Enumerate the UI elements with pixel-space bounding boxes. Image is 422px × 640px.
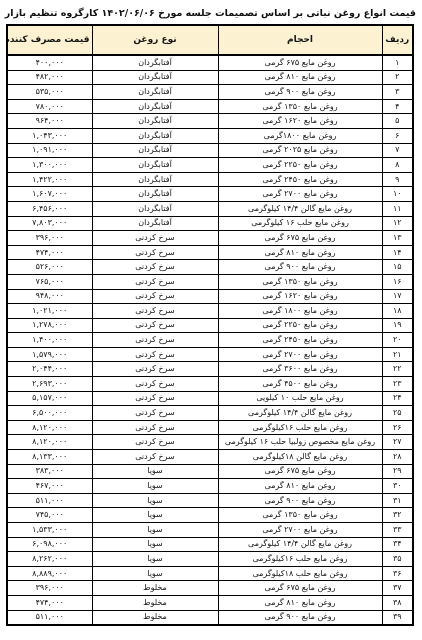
- table-row: ۱۳ روغن مایع ۶۷۵ گرمی سرخ کردنی ۳۹۶,۰۰۰: [7, 231, 413, 246]
- cell-volume: روغن مایع ۲۴۵۰ گرمی: [218, 172, 382, 187]
- cell-price: ۷,۸۰۳,۰۰۰: [7, 216, 92, 231]
- cell-volume: روغن مایع ۶۷۵ گرمی: [218, 581, 382, 596]
- cell-price: ۸,۱۲۰,۰۰۰: [7, 420, 92, 435]
- cell-row-number: ۳۱: [382, 493, 413, 508]
- cell-oil-type: سرخ کردنی: [92, 333, 218, 348]
- cell-price: ۶,۵۰۰,۰۰۰: [7, 406, 92, 421]
- table-row: ۵ روغن مایع ۱۶۲۰ گرمی آفتابگردان ۹۶۴,۰۰۰: [7, 114, 413, 129]
- cell-volume: روغن مایع ۱۳۵۰ گرمی: [218, 99, 382, 114]
- cell-volume: روغن مایع ۱۸۰۰گرمی: [218, 128, 382, 143]
- cell-oil-type: آفتابگردان: [92, 55, 218, 70]
- table-row: ۲۲ روغن مایع ۳۶۰۰ گرمی سرخ کردنی ۲,۰۴۴,۰…: [7, 362, 413, 377]
- table-row: ۲۴ روغن مایع حلب ۱۰ کیلویی سرخ کردنی ۵,۱…: [7, 391, 413, 406]
- cell-oil-type: مخلوط: [92, 581, 218, 596]
- table-row: ۱۸ روغن مایع ۱۸۰۰ گرمی سرخ کردنی ۱,۰۲۱,۰…: [7, 304, 413, 319]
- cell-row-number: ۲۹: [382, 464, 413, 479]
- table-row: ۹ روغن مایع ۲۴۵۰ گرمی آفتابگردان ۱,۴۲۲,۰…: [7, 172, 413, 187]
- cell-price: ۱,۰۲۱,۰۰۰: [7, 304, 92, 319]
- table-header: ردیف احجام نوع روغن قیمت مصرف کننده (ریا…: [7, 25, 413, 55]
- cell-price: ۲,۰۴۴,۰۰۰: [7, 362, 92, 377]
- cell-volume: روغن مایع ۶۷۵ گرمی: [218, 231, 382, 246]
- cell-oil-type: سرخ کردنی: [92, 450, 218, 465]
- table-row: ۱۴ روغن مایع ۸۱۰ گرمی سرخ کردنی ۴۷۴,۰۰۰: [7, 245, 413, 260]
- cell-row-number: ۳۰: [382, 479, 413, 494]
- header-volume: احجام: [218, 25, 382, 55]
- cell-price: ۷۶۵,۰۰۰: [7, 274, 92, 289]
- table-row: ۱۰ روغن مایع ۲۷۰۰ گرمی آفتابگردان ۱,۶۰۷,…: [7, 187, 413, 202]
- cell-volume: روغن مایع حلب ۱۶ کیلوگرمی: [218, 216, 382, 231]
- cell-row-number: ۱۱: [382, 201, 413, 216]
- cell-volume: روغن مایع ۱۸۰۰ گرمی: [218, 304, 382, 319]
- table-row: ۲ روغن مایع ۸۱۰ گرمی آفتابگردان ۴۸۲,۰۰۰: [7, 70, 413, 85]
- cell-oil-type: سرخ کردنی: [92, 391, 218, 406]
- cell-volume: روغن مایع حلب ۱۰ کیلویی: [218, 391, 382, 406]
- cell-volume: روغن مایع ۱۶۲۰ گرمی: [218, 289, 382, 304]
- cell-volume: روغن مایع ۲۷۰۰ گرمی: [218, 523, 382, 538]
- cell-price: ۸,۱۳۳,۰۰۰: [7, 450, 92, 465]
- header-row-number: ردیف: [382, 25, 413, 55]
- cell-volume: روغن مایع ۹۰۰ گرمی: [218, 493, 382, 508]
- cell-volume: روغن مایع ۱۳۵۰ گرمی: [218, 508, 382, 523]
- cell-oil-type: سرخ کردنی: [92, 406, 218, 421]
- cell-volume: روغن مایع ۹۰۰ گرمی: [218, 260, 382, 275]
- cell-row-number: ۴: [382, 99, 413, 114]
- cell-volume: روغن مایع ۹۰۰ گرمی: [218, 85, 382, 100]
- table-row: ۲۶ روغن مایع حلب ۱۶کیلوگرمی سرخ کردنی ۸,…: [7, 420, 413, 435]
- cell-price: ۳۹۶,۰۰۰: [7, 581, 92, 596]
- table-row: ۱۵ روغن مایع ۹۰۰ گرمی سرخ کردنی ۵۲۶,۰۰۰: [7, 260, 413, 275]
- cell-row-number: ۳۷: [382, 581, 413, 596]
- cell-row-number: ۲: [382, 70, 413, 85]
- cell-volume: روغن مایع حلب ۱۶کیلوگرمی: [218, 552, 382, 567]
- table-row: ۳۵ روغن مایع حلب ۱۶کیلوگرمی سویا ۸,۲۶۲,۰…: [7, 552, 413, 567]
- header-consumer-price: قیمت مصرف کننده (ریال): [7, 25, 92, 55]
- cell-volume: روغن مایع ۲۴۵۰ گرمی: [218, 333, 382, 348]
- cell-oil-type: آفتابگردان: [92, 143, 218, 158]
- cell-volume: روغن مایع ۲۰۲۵ گرمی: [218, 143, 382, 158]
- cell-price: ۵۱۱,۰۰۰: [7, 610, 92, 625]
- cell-price: ۴۷۴,۰۰۰: [7, 595, 92, 610]
- table-row: ۲۱ روغن مایع ۲۷۰۰ گرمی سرخ کردنی ۱,۵۷۹,۰…: [7, 347, 413, 362]
- cell-oil-type: سرخ کردنی: [92, 435, 218, 450]
- cell-volume: روغن مایع ۹۰۰ گرمی: [218, 610, 382, 625]
- cell-oil-type: سرخ کردنی: [92, 420, 218, 435]
- cell-volume: روغن مایع ۲۷۰۰ گرمی: [218, 187, 382, 202]
- cell-row-number: ۳۶: [382, 566, 413, 581]
- table-row: ۳۲ روغن مایع ۱۳۵۰ گرمی سویا ۷۴۵,۰۰۰: [7, 508, 413, 523]
- cell-price: ۲,۶۹۳,۰۰۰: [7, 377, 92, 392]
- table-row: ۳۰ روغن مایع ۸۱۰ گرمی سویا ۴۶۷,۰۰۰: [7, 479, 413, 494]
- cell-oil-type: آفتابگردان: [92, 128, 218, 143]
- cell-price: ۵۲۶,۰۰۰: [7, 260, 92, 275]
- cell-oil-type: سویا: [92, 464, 218, 479]
- cell-row-number: ۳۴: [382, 537, 413, 552]
- cell-oil-type: سرخ کردنی: [92, 245, 218, 260]
- cell-volume: روغن مایع ۸۱۰ گرمی: [218, 70, 382, 85]
- cell-row-number: ۲۸: [382, 450, 413, 465]
- cell-price: ۱,۰۹۱,۰۰۰: [7, 143, 92, 158]
- cell-oil-type: مخلوط: [92, 595, 218, 610]
- cell-volume: روغن مایع ۴۵۰۰ گرمی: [218, 377, 382, 392]
- cell-oil-type: سویا: [92, 523, 218, 538]
- table-row: ۳۷ روغن مایع ۶۷۵ گرمی مخلوط ۳۹۶,۰۰۰: [7, 581, 413, 596]
- table-row: ۳۹ روغن مایع ۹۰۰ گرمی مخلوط ۵۱۱,۰۰۰: [7, 610, 413, 625]
- cell-price: ۵,۱۵۷,۰۰۰: [7, 391, 92, 406]
- cell-price: ۹۶۴,۰۰۰: [7, 114, 92, 129]
- cell-price: ۱,۰۴۳,۰۰۰: [7, 128, 92, 143]
- cell-row-number: ۲۲: [382, 362, 413, 377]
- cell-row-number: ۲۱: [382, 347, 413, 362]
- cell-row-number: ۲۳: [382, 377, 413, 392]
- cell-volume: روغن مایع ۸۱۰ گرمی: [218, 245, 382, 260]
- cell-oil-type: آفتابگردان: [92, 85, 218, 100]
- cell-price: ۴۸۲,۰۰۰: [7, 70, 92, 85]
- cell-volume: روغن مایع ۲۲۵۰ گرمی: [218, 158, 382, 173]
- cell-price: ۶,۰۹۸,۰۰۰: [7, 537, 92, 552]
- cell-volume: روغن مایع ۱۶۲۰ گرمی: [218, 114, 382, 129]
- cell-price: ۹۴۸,۰۰۰: [7, 289, 92, 304]
- cell-row-number: ۳: [382, 85, 413, 100]
- cell-volume: روغن مایع ۶۷۵ گرمی: [218, 464, 382, 479]
- cell-price: ۵۱۱,۰۰۰: [7, 493, 92, 508]
- cell-price: ۴۶۷,۰۰۰: [7, 479, 92, 494]
- cell-row-number: ۱۳: [382, 231, 413, 246]
- cell-volume: روغن مایع ۲۲۵۰ گرمی: [218, 318, 382, 333]
- cell-row-number: ۱۲: [382, 216, 413, 231]
- cell-row-number: ۲۷: [382, 435, 413, 450]
- cell-oil-type: سرخ کردنی: [92, 347, 218, 362]
- table-row: ۱ روغن مایع ۶۷۵ گرمی آفتابگردان ۴۰۰,۰۰۰: [7, 55, 413, 70]
- cell-row-number: ۹: [382, 172, 413, 187]
- cell-price: ۱,۳۰۰,۰۰۰: [7, 158, 92, 173]
- cell-oil-type: آفتابگردان: [92, 158, 218, 173]
- cell-price: ۸,۲۶۲,۰۰۰: [7, 552, 92, 567]
- cell-oil-type: سرخ کردنی: [92, 274, 218, 289]
- cell-oil-type: مخلوط: [92, 610, 218, 625]
- cell-row-number: ۱۴: [382, 245, 413, 260]
- table-row: ۳۶ روغن مایع حلب ۱۸کیلوگرمی سویا ۸,۸۸۹,۰…: [7, 566, 413, 581]
- table-row: ۴ روغن مایع ۱۳۵۰ گرمی آفتابگردان ۷۸۰,۰۰۰: [7, 99, 413, 114]
- cell-price: ۶,۴۵۶,۰۰۰: [7, 201, 92, 216]
- table-row: ۱۲ روغن مایع حلب ۱۶ کیلوگرمی آفتابگردان …: [7, 216, 413, 231]
- cell-volume: روغن مایع گالن ۱۸کیلوگرمی: [218, 450, 382, 465]
- cell-volume: روغن مایع ۶۷۵ گرمی: [218, 55, 382, 70]
- cell-oil-type: آفتابگردان: [92, 172, 218, 187]
- cell-price: ۷۸۰,۰۰۰: [7, 99, 92, 114]
- table-row: ۳۸ روغن مایع ۸۱۰ گرمی مخلوط ۴۷۴,۰۰۰: [7, 595, 413, 610]
- table-row: ۶ روغن مایع ۱۸۰۰گرمی آفتابگردان ۱,۰۴۳,۰۰…: [7, 128, 413, 143]
- cell-oil-type: سویا: [92, 537, 218, 552]
- cell-row-number: ۶: [382, 128, 413, 143]
- cell-price: ۸,۸۸۹,۰۰۰: [7, 566, 92, 581]
- cell-row-number: ۱: [382, 55, 413, 70]
- cell-oil-type: آفتابگردان: [92, 70, 218, 85]
- table-body: ۱ روغن مایع ۶۷۵ گرمی آفتابگردان ۴۰۰,۰۰۰ …: [7, 55, 413, 625]
- cell-volume: روغن مایع ۲۷۰۰ گرمی: [218, 347, 382, 362]
- table-row: ۲۸ روغن مایع گالن ۱۸کیلوگرمی سرخ کردنی ۸…: [7, 450, 413, 465]
- table-row: ۳۴ روغن مایع گالن ۱۴/۴ کیلوگرمی سویا ۶,۰…: [7, 537, 413, 552]
- cell-row-number: ۳۸: [382, 595, 413, 610]
- cell-row-number: ۱۸: [382, 304, 413, 319]
- cell-row-number: ۷: [382, 143, 413, 158]
- cell-row-number: ۲۰: [382, 333, 413, 348]
- cell-volume: روغن مایع ۸۱۰ گرمی: [218, 595, 382, 610]
- cell-oil-type: سویا: [92, 508, 218, 523]
- table-row: ۱۱ روغن مایع گالن ۱۴/۴ کیلوگرمی آفتابگرد…: [7, 201, 413, 216]
- cell-price: ۸,۱۲۰,۰۰۰: [7, 435, 92, 450]
- table-row: ۲۰ روغن مایع ۲۴۵۰ گرمی سرخ کردنی ۱,۴۰۰,۰…: [7, 333, 413, 348]
- cell-row-number: ۱۶: [382, 274, 413, 289]
- cell-row-number: ۲۶: [382, 420, 413, 435]
- cell-row-number: ۳۲: [382, 508, 413, 523]
- table-row: ۲۳ روغن مایع ۴۵۰۰ گرمی سرخ کردنی ۲,۶۹۳,۰…: [7, 377, 413, 392]
- cell-price: ۳۸۳,۰۰۰: [7, 464, 92, 479]
- cell-price: ۱,۵۷۹,۰۰۰: [7, 347, 92, 362]
- table-row: ۲۵ روغن مایع گالن ۱۴/۴ کیلوگرمی سرخ کردن…: [7, 406, 413, 421]
- cell-oil-type: آفتابگردان: [92, 114, 218, 129]
- cell-price: ۱,۴۰۰,۰۰۰: [7, 333, 92, 348]
- table-row: ۱۹ روغن مایع ۲۲۵۰ گرمی سرخ کردنی ۱,۲۷۸,۰…: [7, 318, 413, 333]
- cell-price: ۵۳۵,۰۰۰: [7, 85, 92, 100]
- cell-row-number: ۱۹: [382, 318, 413, 333]
- cell-price: ۱,۲۷۸,۰۰۰: [7, 318, 92, 333]
- cell-oil-type: آفتابگردان: [92, 216, 218, 231]
- table-row: ۲۹ روغن مایع ۶۷۵ گرمی سویا ۳۸۳,۰۰۰: [7, 464, 413, 479]
- cell-row-number: ۳۹: [382, 610, 413, 625]
- cell-volume: روغن مایع حلب ۱۶کیلوگرمی: [218, 420, 382, 435]
- cell-volume: روغن مایع ۱۳۵۰ گرمی: [218, 274, 382, 289]
- table-row: ۳۱ روغن مایع ۹۰۰ گرمی سویا ۵۱۱,۰۰۰: [7, 493, 413, 508]
- table-row: ۲۷ روغن مایع مخصوص زولبیا حلب ۱۶ کیلوگرم…: [7, 435, 413, 450]
- cell-volume: روغن مایع مخصوص زولبیا حلب ۱۶ کیلوگرمی: [218, 435, 382, 450]
- table-row: ۷ روغن مایع ۲۰۲۵ گرمی آفتابگردان ۱,۰۹۱,۰…: [7, 143, 413, 158]
- cell-oil-type: سرخ کردنی: [92, 289, 218, 304]
- cell-row-number: ۱۷: [382, 289, 413, 304]
- cell-oil-type: آفتابگردان: [92, 187, 218, 202]
- table-row: ۱۷ روغن مایع ۱۶۲۰ گرمی سرخ کردنی ۹۴۸,۰۰۰: [7, 289, 413, 304]
- cell-volume: روغن مایع گالن ۱۴/۴ کیلوگرمی: [218, 537, 382, 552]
- cell-oil-type: سرخ کردنی: [92, 377, 218, 392]
- cell-row-number: ۲۴: [382, 391, 413, 406]
- cell-row-number: ۲۵: [382, 406, 413, 421]
- cell-price: ۴۷۴,۰۰۰: [7, 245, 92, 260]
- cell-volume: روغن مایع گالن ۱۴/۴ کیلوگرمی: [218, 201, 382, 216]
- cell-oil-type: سویا: [92, 493, 218, 508]
- cell-oil-type: سویا: [92, 566, 218, 581]
- cell-row-number: ۵: [382, 114, 413, 129]
- table-row: ۳۳ روغن مایع ۲۷۰۰ گرمی سویا ۱,۵۳۳,۰۰۰: [7, 523, 413, 538]
- cell-oil-type: سویا: [92, 552, 218, 567]
- header-oil-type: نوع روغن: [92, 25, 218, 55]
- page-title: قیمت انواع روغن نباتی بر اساس تصمیمات جل…: [0, 0, 422, 24]
- header-row: ردیف احجام نوع روغن قیمت مصرف کننده (ریا…: [7, 25, 413, 55]
- cell-volume: روغن مایع ۳۶۰۰ گرمی: [218, 362, 382, 377]
- table-row: ۳ روغن مایع ۹۰۰ گرمی آفتابگردان ۵۳۵,۰۰۰: [7, 85, 413, 100]
- cell-price: ۷۴۵,۰۰۰: [7, 508, 92, 523]
- cell-row-number: ۱۰: [382, 187, 413, 202]
- cell-price: ۴۰۰,۰۰۰: [7, 55, 92, 70]
- cell-volume: روغن مایع گالن ۱۴/۴ کیلوگرمی: [218, 406, 382, 421]
- table-row: ۸ روغن مایع ۲۲۵۰ گرمی آفتابگردان ۱,۳۰۰,۰…: [7, 158, 413, 173]
- oil-price-table: ردیف احجام نوع روغن قیمت مصرف کننده (ریا…: [6, 24, 414, 626]
- cell-price: ۳۹۶,۰۰۰: [7, 231, 92, 246]
- cell-row-number: ۱۵: [382, 260, 413, 275]
- cell-oil-type: سرخ کردنی: [92, 362, 218, 377]
- cell-price: ۱,۶۰۷,۰۰۰: [7, 187, 92, 202]
- cell-row-number: ۳۵: [382, 552, 413, 567]
- cell-price: ۱,۴۲۲,۰۰۰: [7, 172, 92, 187]
- cell-oil-type: سویا: [92, 479, 218, 494]
- cell-price: ۱,۵۳۳,۰۰۰: [7, 523, 92, 538]
- cell-row-number: ۳۳: [382, 523, 413, 538]
- cell-row-number: ۸: [382, 158, 413, 173]
- cell-oil-type: آفتابگردان: [92, 201, 218, 216]
- cell-oil-type: آفتابگردان: [92, 99, 218, 114]
- table-row: ۱۶ روغن مایع ۱۳۵۰ گرمی سرخ کردنی ۷۶۵,۰۰۰: [7, 274, 413, 289]
- cell-oil-type: سرخ کردنی: [92, 318, 218, 333]
- cell-volume: روغن مایع ۸۱۰ گرمی: [218, 479, 382, 494]
- document-page: قیمت انواع روغن نباتی بر اساس تصمیمات جل…: [0, 0, 422, 640]
- cell-oil-type: سرخ کردنی: [92, 304, 218, 319]
- cell-oil-type: سرخ کردنی: [92, 231, 218, 246]
- cell-volume: روغن مایع حلب ۱۸کیلوگرمی: [218, 566, 382, 581]
- cell-oil-type: سرخ کردنی: [92, 260, 218, 275]
